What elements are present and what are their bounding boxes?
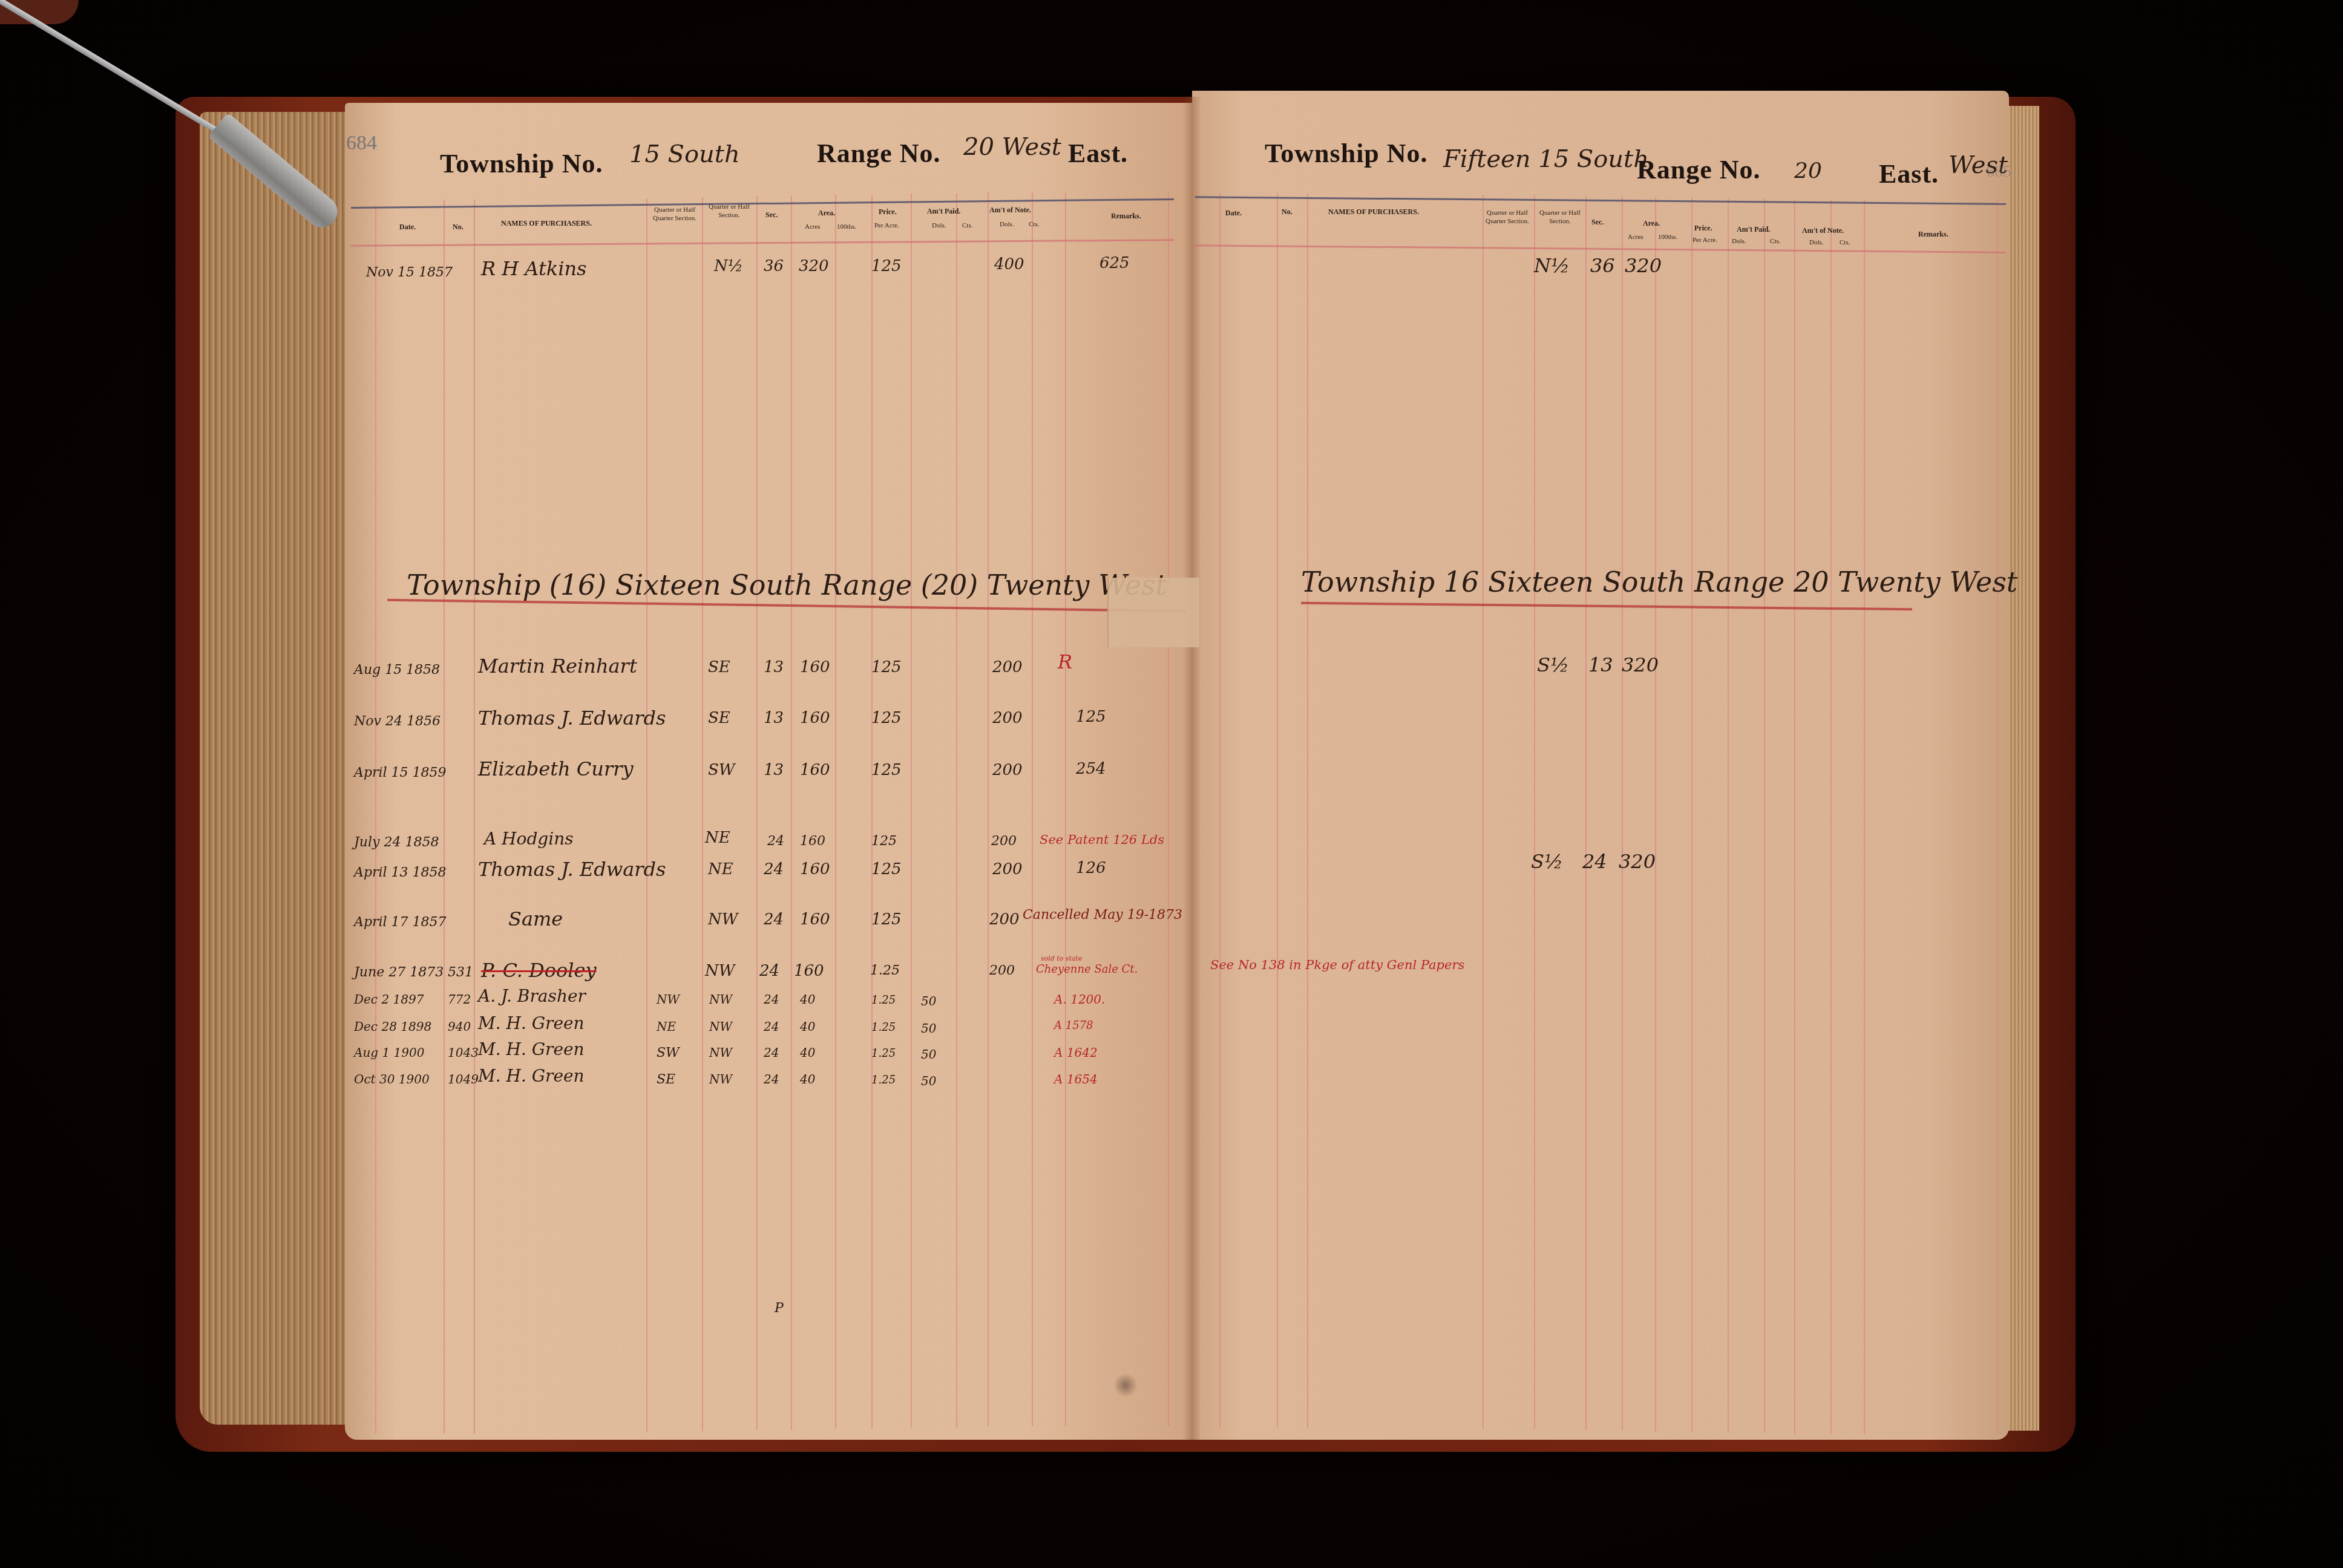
cell-half: S½ [1531,850,1563,873]
cell-sec: 24 [759,962,779,980]
left-page-number: 684 [346,132,377,155]
cell-remarks: Cheyenne Sale Ct. [1036,963,1138,976]
cell-acres: 40 [800,1072,815,1086]
cell-sec: 24 [764,1019,779,1034]
right-red-note: See No 138 in Pkge of atty Genl Papers [1210,958,1464,972]
left-col-names: NAMES OF PURCHASERS. [501,219,592,227]
cell-price: 1.25 [871,1021,896,1034]
cell-half: NW [709,1045,732,1060]
cell-note: 200 [992,709,1023,727]
cell-acres: 320 [1622,653,1659,676]
right-col-names: NAMES OF PURCHASERS. [1328,207,1419,216]
right-col-acres: Acres [1628,233,1643,241]
cell-half: NW [709,1019,732,1034]
right-direction-label: East. [1879,158,1939,189]
cell-acres: 40 [800,1019,815,1034]
left-col-qq: Quarter or Half Quarter Section. [649,206,701,223]
left-col-area: Area. [818,209,835,217]
cell-name: Thomas J. Edwards [478,707,666,730]
cell-no: 1043 [448,1045,479,1060]
cell-half: S½ [1537,653,1569,676]
cell-half: NW [708,910,738,929]
cell-sec: 13 [764,761,784,779]
cell-paid: 50 [921,1021,936,1036]
cell-date: June 27 1873 [354,965,444,980]
cell-price: 125 [871,761,902,779]
cell-name: Martin Reinhart [478,655,637,678]
cell-name: R H Atkins [481,257,586,280]
cell-price: 125 [871,709,902,727]
cell-half: N½ [714,257,743,275]
left-col-paid-dols: Dols. [932,221,946,230]
cell-name: A. J. Brasher [478,986,586,1006]
right-township-label: Township No. [1265,138,1428,169]
cell-sec: 13 [764,658,784,676]
stray-mark: P [775,1301,784,1316]
cell-name: P. C. Dooley [481,959,597,982]
right-col-sec: Sec. [1591,218,1604,226]
cell-half: SE [708,709,730,727]
cell-name: Thomas J. Edwards [478,858,666,881]
left-col-per-acre: Per Acre. [874,221,899,230]
right-col-note-cts: Cts. [1840,238,1850,247]
cell-acres: 160 [800,709,830,727]
cell-sec: 24 [764,910,784,929]
left-range-label: Range No. [817,138,941,169]
cell-price: 125 [871,834,897,849]
cell-sec: 24 [764,1072,779,1086]
cell-acres: 320 [1619,850,1656,873]
cell-note: 200 [992,761,1023,779]
right-col-paid: Am't Paid. [1737,225,1770,234]
right-township-value: Fifteen 15 South [1443,145,1649,173]
cell-half: NW [709,1072,732,1086]
cell-date: April 15 1859 [354,765,447,780]
cell-note: 200 [989,910,1020,929]
right-col-date: Date. [1225,209,1242,217]
paper-slip [1107,578,1199,647]
cell-half: NW [709,992,732,1007]
cell-remarks: A 1642 [1054,1045,1098,1060]
cell-acres: 160 [800,658,830,676]
left-col-note: Am't of Note. [989,206,1031,214]
cell-sec: 24 [764,860,784,878]
left-col-paid: Am't Paid. [927,207,960,215]
cell-remarks: 625 [1099,254,1130,272]
left-range-value: 20 West [963,133,1061,161]
cell-date: Aug 15 1858 [354,662,440,678]
left-col-paid-cts: Cts. [962,221,972,230]
right-range-value: 20 [1794,158,1822,183]
cell-price: 125 [871,860,902,878]
cell-name: M. H. Green [478,1066,585,1086]
cell-acres: 160 [800,910,830,929]
left-direction-label: East. [1068,138,1128,169]
left-township-value: 15 South [629,140,740,168]
right-col-paid-cts: Cts. [1770,237,1780,246]
right-col-price: Price. [1694,224,1712,232]
cell-note: 200 [992,860,1023,878]
cell-remarks: A 1654 [1054,1072,1098,1086]
cell-name: M. H. Green [478,1039,585,1059]
cell-qq: NW [657,992,680,1007]
left-col-remarks: Remarks. [1111,212,1141,220]
cell-date: April 17 1857 [354,915,447,930]
cell-sec: 36 [1590,254,1615,277]
cell-sec: 24 [1582,850,1607,873]
cell-paid: 50 [921,1074,936,1088]
cell-sec: 24 [764,992,779,1007]
cell-date: Dec 28 1898 [354,1019,431,1034]
cell-paid: 50 [921,1047,936,1062]
left-page-stack [200,112,357,1425]
right-col-paid-dols: Dols. [1732,237,1746,246]
cell-no: 940 [448,1019,471,1034]
cell-acres: 40 [800,1045,815,1060]
cell-acres: 160 [800,834,825,849]
right-col-100ths: 100ths. [1658,233,1677,241]
right-section-heading: Township 16 Sixteen South Range 20 Twent… [1301,566,2017,598]
cell-price: 1.25 [870,963,900,978]
cell-remarks: 126 [1076,859,1106,877]
cell-half: NE [705,829,730,847]
right-col-note-dols: Dols. [1809,238,1824,247]
cell-price: 1.25 [871,1047,896,1060]
cell-no: 531 [448,965,473,980]
cell-sec: 24 [764,1045,779,1060]
cell-date: Nov 15 1857 [366,265,453,280]
left-col-date: Date. [399,223,416,231]
cell-acres: 40 [800,992,815,1007]
cell-no: 1049 [448,1072,479,1086]
book-gutter [1183,97,1201,1440]
cell-no: 772 [448,992,471,1007]
right-col-per-acre: Per Acre. [1693,236,1717,244]
left-col-no: No. [453,223,464,231]
left-col-half: Quarter or Half Section. [705,203,753,220]
cell-name: A Hodgins [484,829,574,849]
cell-remarks: A. 1200. [1054,992,1105,1007]
cell-qq: NE [657,1019,676,1034]
right-col-half: Quarter or Half Section. [1536,209,1584,226]
cell-half: NE [708,860,733,878]
cell-acres: 320 [799,257,829,275]
cell-half: SE [708,658,730,676]
cell-half: SW [708,761,735,779]
cell-remarks: Cancelled May 19-1873 [1023,907,1182,923]
cell-price: 125 [871,257,902,275]
cell-qq: SE [657,1072,675,1087]
cell-date: April 13 1858 [354,865,447,880]
cell-acres: 320 [1625,254,1662,277]
right-col-remarks: Remarks. [1918,230,1948,238]
cell-price: 1.25 [871,994,896,1007]
cell-date: Oct 30 1900 [354,1072,430,1086]
cell-price: 125 [871,658,902,676]
right-col-note: Am't of Note. [1802,226,1844,235]
cell-paid: 50 [921,994,936,1008]
cell-acres: 160 [800,761,830,779]
left-col-note-cts: Cts. [1029,220,1039,229]
cell-remarks: 125 [1076,708,1106,726]
cell-sec: 24 [767,834,784,849]
cell-price: 125 [871,910,902,929]
cell-note: 200 [989,963,1015,978]
cell-name: M. H. Green [478,1013,585,1033]
cell-name: Same [508,907,563,930]
cell-date: Dec 2 1897 [354,992,424,1007]
left-col-price: Price. [879,207,897,216]
cell-half: N½ [1534,254,1570,277]
cell-price: 1.25 [871,1074,896,1086]
cell-remarks: A 1578 [1054,1019,1093,1032]
right-range-label: Range No. [1637,154,1761,185]
left-col-100ths: 100ths. [837,223,856,231]
cell-date: Nov 24 1856 [354,714,441,729]
cell-acres: 160 [794,962,824,980]
cell-date: Aug 1 1900 [354,1045,424,1060]
cell-remarks-note: sold to state [1041,955,1082,962]
cell-date: July 24 1858 [354,835,439,850]
right-page [1192,91,2009,1440]
cell-note: 400 [994,255,1024,273]
ink-smudge [1113,1373,1138,1397]
cell-name: Elizabeth Curry [478,757,634,780]
right-col-qq: Quarter or Half Quarter Section. [1483,209,1532,226]
right-page-number: 685 [1986,162,2011,181]
cell-note: 200 [992,658,1023,676]
cell-sec: 13 [1588,653,1613,676]
cell-sec: 13 [764,709,784,727]
cell-remarks: See Patent 126 Lds [1040,832,1164,847]
cell-qq: SW [657,1045,680,1060]
left-col-acres: Acres [805,223,821,231]
left-col-note-dols: Dols. [1000,220,1014,229]
left-section-heading: Township (16) Sixteen South Range (20) T… [407,569,1167,601]
right-col-no: No. [1282,207,1293,216]
cell-half: NW [705,962,735,980]
cell-remarks: 254 [1076,760,1106,778]
cell-sec: 36 [764,257,784,275]
cell-note: 200 [991,834,1017,849]
left-col-sec: Sec. [765,211,778,219]
cell-remarks: R [1058,650,1072,673]
right-col-area: Area. [1643,219,1660,227]
left-township-label: Township No. [440,148,603,179]
cell-acres: 160 [800,860,830,878]
